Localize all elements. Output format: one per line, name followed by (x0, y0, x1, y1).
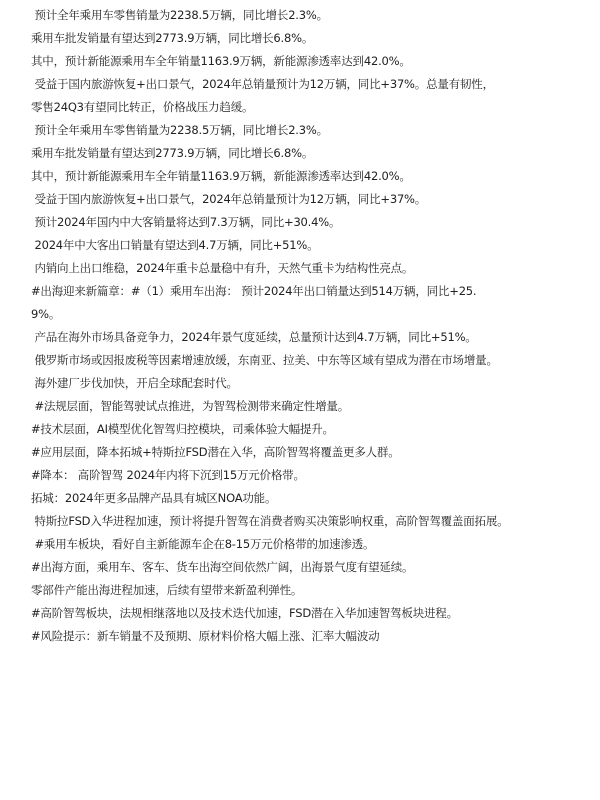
text-line: 内销向上出口维稳，2024年重卡总量稳中有升，天然气重卡为结构性亮点。 (31, 257, 591, 280)
text-line: 预计全年乘用车零售销量为2238.5万辆，同比增长2.3%。 (31, 119, 591, 142)
text-line: 产品在海外市场具备竞争力，2024年景气度延续，总量预计达到4.7万辆，同比+5… (31, 326, 591, 349)
text-line: 其中，预计新能源乘用车全年销量1163.9万辆，新能源渗透率达到42.0%。 (31, 165, 591, 188)
text-line: #技术层面，AI模型优化智驾归控模块，司乘体验大幅提升。 (31, 418, 591, 441)
text-line: 拓城：2024年更多品牌产品具有城区NOA功能。 (31, 487, 591, 510)
text-line: #应用层面，降本拓城+特斯拉FSD潜在入华，高阶智驾将覆盖更多人群。 (31, 441, 591, 464)
text-line: #出海方面，乘用车、客车、货车出海空间依然广阔，出海景气度有望延续。 (31, 556, 591, 579)
text-line: 乘用车批发销量有望达到2773.9万辆，同比增长6.8%。 (31, 142, 591, 165)
text-line: 预计2024年国内中大客销量将达到7.3万辆，同比+30.4%。 (31, 211, 591, 234)
text-line: 零部件产能出海进程加速，后续有望带来新盈利弹性。 (31, 579, 591, 602)
text-line: #乘用车板块，看好自主新能源车企在8-15万元价格带的加速渗透。 (31, 533, 591, 556)
text-line: 特斯拉FSD入华进程加速，预计将提升智驾在消费者购买决策影响权重，高阶智驾覆盖面… (31, 510, 591, 533)
text-line: #法规层面，智能驾驶试点推进，为智驾检测带来确定性增量。 (31, 395, 591, 418)
text-line: 其中，预计新能源乘用车全年销量1163.9万辆，新能源渗透率达到42.0%。 (31, 50, 591, 73)
text-line: #高阶智驾板块，法规相继落地以及技术迭代加速，FSD潜在入华加速智驾板块进程。 (31, 602, 591, 625)
text-line: 9%。 (31, 303, 591, 326)
text-line: 受益于国内旅游恢复+出口景气，2024年总销量预计为12万辆，同比+37%。总量… (31, 73, 591, 96)
text-line: 预计全年乘用车零售销量为2238.5万辆，同比增长2.3%。 (31, 4, 591, 27)
text-line: #降本： 高阶智驾 2024年内将下沉到15万元价格带。 (31, 464, 591, 487)
text-line: #出海迎来新篇章：#（1）乘用车出海： 预计2024年出口销量达到514万辆，同… (31, 280, 591, 303)
text-line: 受益于国内旅游恢复+出口景气，2024年总销量预计为12万辆，同比+37%。 (31, 188, 591, 211)
text-line: 乘用车批发销量有望达到2773.9万辆，同比增长6.8%。 (31, 27, 591, 50)
text-line: 2024年中大客出口销量有望达到4.7万辆，同比+51%。 (31, 234, 591, 257)
document-body: 预计全年乘用车零售销量为2238.5万辆，同比增长2.3%。 乘用车批发销量有望… (31, 4, 591, 648)
text-line: 零售24Q3有望同比转正，价格战压力趋缓。 (31, 96, 591, 119)
text-line: 俄罗斯市场或因报废税等因素增速放缓，东南亚、拉美、中东等区域有望成为潜在市场增量… (31, 349, 591, 372)
text-line: 海外建厂步伐加快，开启全球配套时代。 (31, 372, 591, 395)
text-line: #风险提示：新车销量不及预期、原材料价格大幅上涨、汇率大幅波动 (31, 625, 591, 648)
